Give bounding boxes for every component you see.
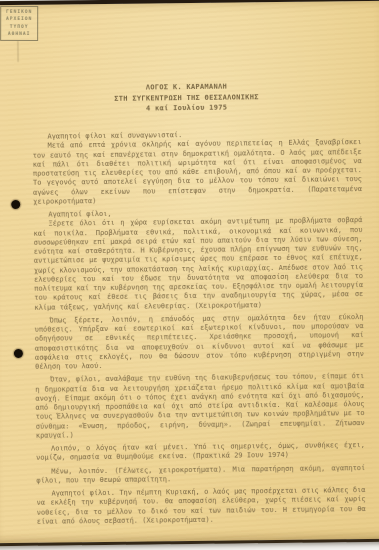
paragraph: Μένω, λοιπόν. (Γέλωτες, χειροκροτήματα).… [36,464,365,486]
archive-stamp: ΓΕΝΙΚΟΝ ΑΡΧΕΙΟΝ ΤΥΠΟΥ ΑΘΗΝΑΙ [0,6,38,41]
paragraph: Όταν, φίλοι, αναλάβαμε την ευθύνη της δι… [35,372,365,440]
document-body-text: Αγαπητοί φίλοι καί συναγωνισταί.Μετά από… [32,126,366,531]
paragraph: Ξέρετε όλοι ότι η χώρα ευρίσκεται ακόμη … [33,216,363,312]
paragraph: Μετά από επτά χρόνια σκληρής καί αγόνου … [33,138,363,206]
punch-hole [14,349,23,358]
paragraph: Λοιπόν, ο λόγος ήταν καί μένει. Υπό τις … [36,441,365,463]
scanned-document-screenshot: { "document": { "kind": "scanned typewri… [0,0,379,550]
stamp-line: ΓΕΝΙΚΟΝ [3,9,35,16]
document-title-block: ΛΟΓΟΣ Κ. ΚΑΡΑΜΑΝΛΗ ΣΤΗ ΣΥΓΚΕΝΤΡΩΣΗ ΤΗΣ Θ… [0,80,376,116]
stamp-line: ΤΥΠΟΥ [3,24,35,31]
stamp-line: ΑΘΗΝΑΙ [3,31,35,38]
page-content: ΓΕΝΙΚΟΝ ΑΡΧΕΙΟΝ ΤΥΠΟΥ ΑΘΗΝΑΙ ΛΟΓΟΣ Κ. ΚΑ… [0,1,379,550]
paper-crease [17,41,18,62]
stamp-line: ΑΡΧΕΙΟΝ [3,16,35,23]
scanned-paper-page: ΓΕΝΙΚΟΝ ΑΡΧΕΙΟΝ ΤΥΠΟΥ ΑΘΗΝΑΙ ΛΟΓΟΣ Κ. ΚΑ… [0,0,379,546]
punch-hole [11,200,20,209]
paragraph: Αγαπητοί φίλοι. Την πέμπτη Κυριακή, ο λα… [36,486,365,527]
paragraph: Όπως ξέρετε, λοιπόν, η επάνοδός μας στην… [35,313,365,372]
